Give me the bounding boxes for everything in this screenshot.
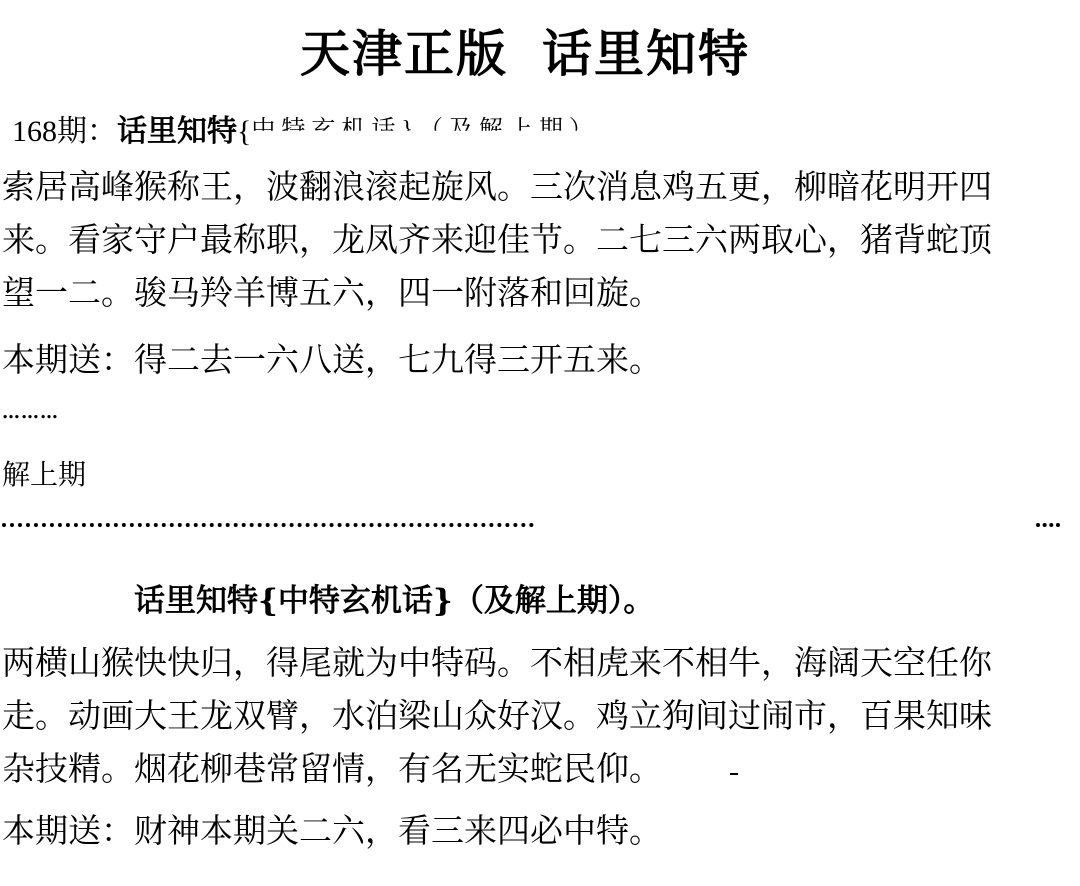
poem-line: 走。动画大王龙双臂，水泊梁山众好汉。鸡立狗间过闹市，百果知味 (2, 689, 992, 742)
dotted-divider-left (2, 523, 534, 527)
gift-line-section2: 本期送：财神本期关二六，看三来四必中特。 (2, 805, 662, 852)
issue-number: 168期： (12, 115, 117, 148)
poem-line: 索居高峰猴称王，波翻浪滚起旋风。三次消息鸡五更，柳暗花明开四 (2, 160, 992, 213)
ellipsis-divider: ……… (2, 402, 59, 423)
issue-subtitle-truncated: 中特玄机话}（及解上期）。 (251, 109, 617, 144)
poem-line: 杂技精。烟花柳巷常留情，有名无实蛇民仰。 (2, 742, 992, 795)
issue-heading: 168期：话里知特{中特玄机话}（及解上期）。 (12, 106, 617, 150)
scan-artifact-mark (730, 773, 738, 775)
gift-line-section1: 本期送：得二去一六八送，七九得三开五来。 (2, 334, 662, 381)
issue-name: 话里知特 (117, 115, 237, 148)
poem-line: 两横山猴快快归，得尾就为中特码。不相虎来不相牛，海阔天空任你 (2, 636, 992, 689)
issue-brace: { (237, 115, 251, 148)
section2-heading: 话里知特{中特玄机话}（及解上期）。 (134, 575, 654, 620)
title-part-tianjin-zhengban: 天津正版 (300, 24, 508, 83)
previous-issue-label: 解上期 (2, 453, 86, 493)
poem-line: 望一二。骏马羚羊博五六，四一附落和回旋。 (2, 266, 992, 319)
riddle-poem-section1: 索居高峰猴称王，波翻浪滚起旋风。三次消息鸡五更，柳暗花明开四 来。看家守户最称职… (2, 160, 992, 319)
riddle-poem-section2: 两横山猴快快归，得尾就为中特码。不相虎来不相牛，海阔天空任你 走。动画大王龙双臂… (2, 636, 992, 795)
page-title: 天津正版话里知特 (300, 14, 750, 86)
poem-line: 来。看家守户最称职，龙凤齐来迎佳节。二七三六两取心，猪背蛇顶 (2, 213, 992, 266)
title-part-hualizhite: 话里知特 (542, 24, 750, 83)
dotted-divider-right (1036, 523, 1060, 527)
